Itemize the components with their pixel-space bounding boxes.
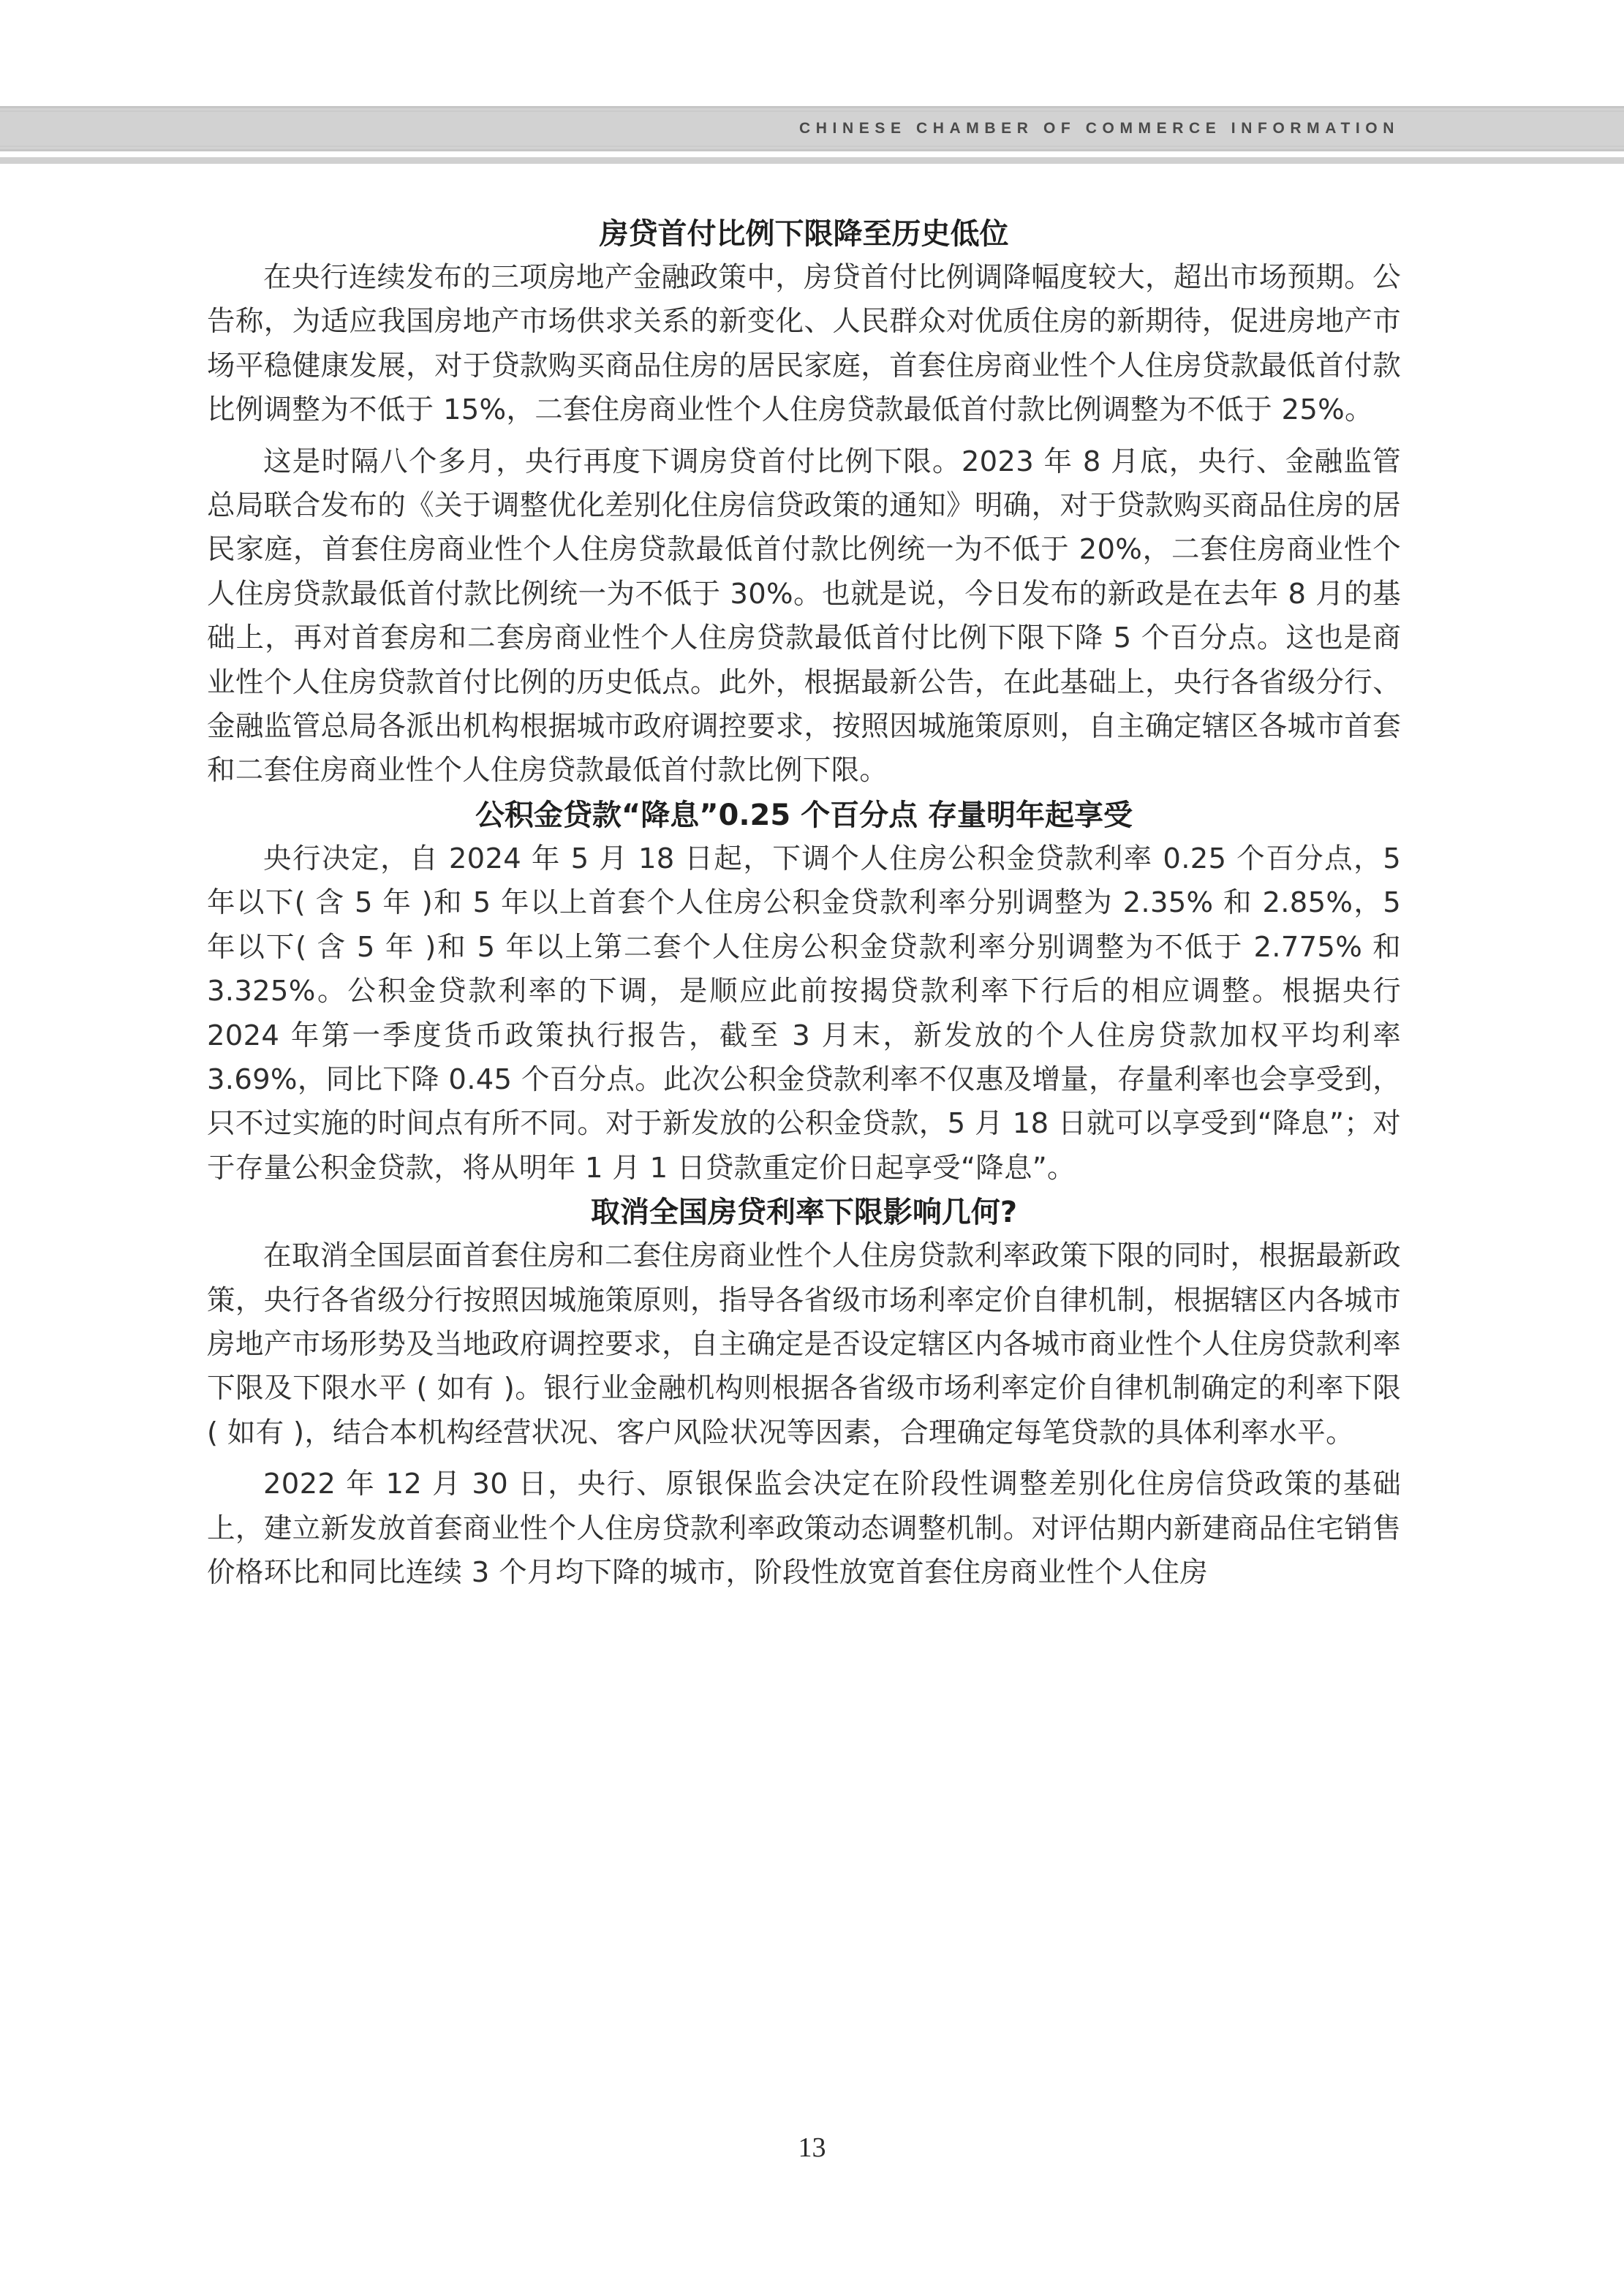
header-divider-stripe bbox=[0, 157, 1624, 164]
paragraph: 2022 年 12 月 30 日，央行、原银保监会决定在阶段性调整差别化住房信贷… bbox=[207, 1463, 1401, 1595]
page-number: 13 bbox=[0, 2132, 1624, 2164]
paragraph: 在取消全国层面首套住房和二套住房商业性个人住房贷款利率政策下限的同时，根据最新政… bbox=[207, 1234, 1401, 1455]
paragraph: 这是时隔八个多月，央行再度下调房贷首付比例下限。2023 年 8 月底，央行、金… bbox=[207, 440, 1401, 793]
publication-name: CHINESE CHAMBER OF COMMERCE INFORMATION bbox=[799, 120, 1400, 137]
section-rate-floor: 取消全国房贷利率下限影响几何? 在取消全国层面首套住房和二套住房商业性个人住房贷… bbox=[207, 1190, 1401, 1595]
section-provident-fund-rate: 公积金贷款“降息”0.25 个百分点 存量明年起享受 央行决定，自 2024 年… bbox=[207, 793, 1401, 1190]
section-title: 房贷首付比例下限降至历史低位 bbox=[207, 212, 1401, 256]
article-body: 房贷首付比例下限降至历史低位 在央行连续发布的三项房地产金融政策中，房贷首付比例… bbox=[207, 212, 1401, 1595]
paragraph: 央行决定，自 2024 年 5 月 18 日起，下调个人住房公积金贷款利率 0.… bbox=[207, 837, 1401, 1190]
running-header-band: CHINESE CHAMBER OF COMMERCE INFORMATION bbox=[0, 106, 1624, 151]
header-rule-top bbox=[0, 110, 1624, 112]
header-rule-bottom bbox=[0, 146, 1624, 147]
section-down-payment: 房贷首付比例下限降至历史低位 在央行连续发布的三项房地产金融政策中，房贷首付比例… bbox=[207, 212, 1401, 793]
section-title: 取消全国房贷利率下限影响几何? bbox=[207, 1190, 1401, 1234]
section-title: 公积金贷款“降息”0.25 个百分点 存量明年起享受 bbox=[207, 793, 1401, 837]
paragraph: 在央行连续发布的三项房地产金融政策中，房贷首付比例调降幅度较大，超出市场预期。公… bbox=[207, 256, 1401, 433]
